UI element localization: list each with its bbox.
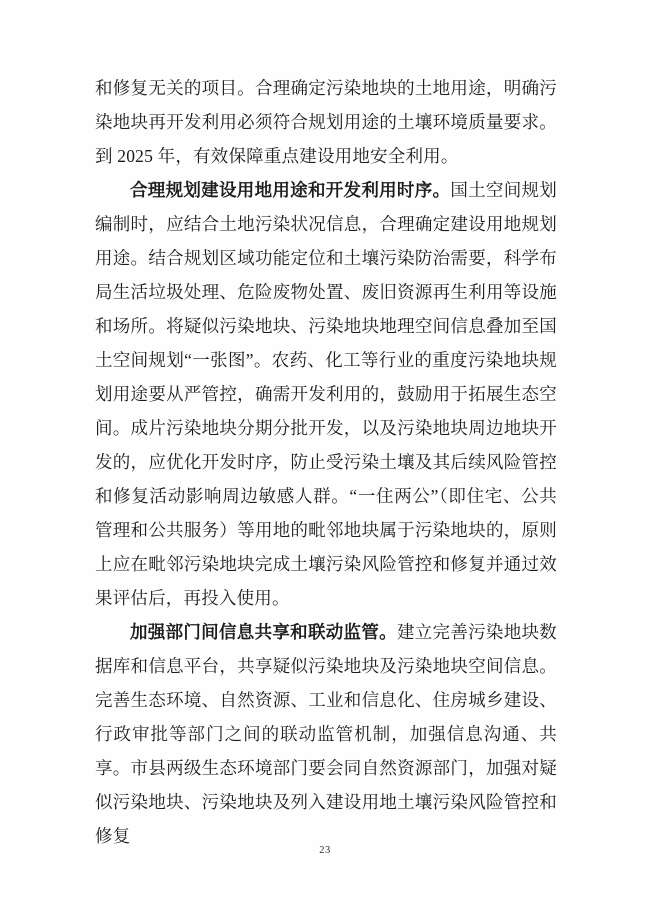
body-text: 和修复无关的项目。合理确定污染地块的土地用途，明确污染地块再开发利用必须符合规划… — [95, 71, 557, 853]
page-number: 23 — [0, 845, 650, 856]
paragraph: 和修复无关的项目。合理确定污染地块的土地用途，明确污染地块再开发利用必须符合规划… — [95, 71, 557, 173]
paragraph: 加强部门间信息共享和联动监管。建立完善污染地块数据库和信息平台，共享疑似污染地块… — [95, 615, 557, 853]
paragraph-lead: 加强部门间信息共享和联动监管。 — [130, 622, 397, 642]
paragraph-body: 建立完善污染地块数据库和信息平台，共享疑似污染地块及污染地块空间信息。完善生态环… — [95, 622, 557, 846]
document-page: 和修复无关的项目。合理确定污染地块的土地用途，明确污染地块再开发利用必须符合规划… — [0, 0, 650, 919]
paragraph: 合理规划建设用地用途和开发利用时序。国土空间规划编制时，应结合土地污染状况信息，… — [95, 173, 557, 615]
paragraph-body: 国土空间规划编制时，应结合土地污染状况信息，合理确定建设用地规划用途。结合规划区… — [95, 180, 557, 608]
paragraph-body: 和修复无关的项目。合理确定污染地块的土地用途，明确污染地块再开发利用必须符合规划… — [95, 78, 557, 166]
paragraph-lead: 合理规划建设用地用途和开发利用时序。 — [130, 180, 450, 200]
